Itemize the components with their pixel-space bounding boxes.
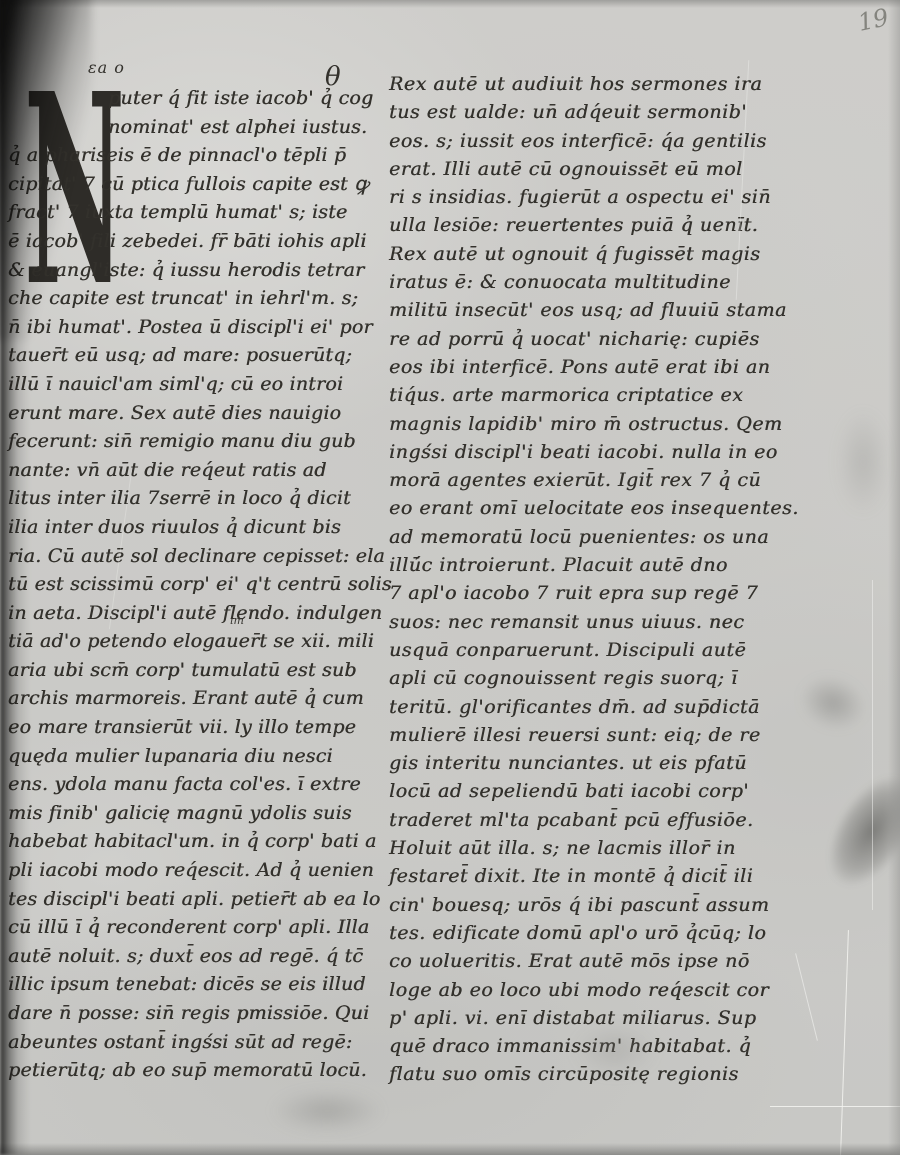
text-line: mulierē illesi reuersi sunt: eiq; de re: [389, 721, 849, 749]
right-text-column: Rex autē ut audiuit hos sermones iratus …: [389, 70, 849, 1089]
text-line: locū ad sepeliendū bati iacobi corp': [389, 777, 849, 805]
page-bottom-edge: [0, 1143, 900, 1155]
text-line: gis interitu nunciantes. ut eis pfatū: [389, 749, 849, 777]
text-line: militū insecūt' eos usq; ad fluuiū stama: [389, 296, 849, 324]
text-line: co uolueritis. Erat autē mōs ipse nō: [389, 947, 849, 975]
interlinear-annotation: ɛa o: [88, 58, 125, 77]
text-line: traderet ml'ta pcabant̄ pcū effusiōe.: [389, 806, 849, 834]
text-line: Rex autē ut ognouit q́ fugissēt magis: [389, 240, 849, 268]
page-right-edge: [888, 0, 900, 1155]
text-line: festaret̄ dixit. Ite in montē q̉ dicit̄ …: [389, 862, 849, 890]
text-line: iratus ē: & conuocata multitudine: [389, 268, 849, 296]
text-line: suos: nec remansit unus uiuus. nec: [389, 608, 849, 636]
manuscript-page: 19 N ɛa o θ im puter q́ fit iste iacob' …: [0, 0, 900, 1155]
text-line: eo erant omī uelocitate eos insequentes.: [389, 494, 849, 522]
text-line: nominat' est alphei iustus.: [108, 113, 386, 142]
dark-left-edge: [0, 0, 70, 1155]
text-line: magnis lapidib' miro m̄ ostructus. Qem: [389, 410, 849, 438]
bottom-stain: [252, 1082, 402, 1140]
text-line: loge ab eo loco ubi modo req́escit cor: [389, 976, 849, 1004]
text-line: eos. s; iussit eos interficē: q́a gentil…: [389, 127, 849, 155]
crease-line: [872, 580, 873, 910]
text-line: tes. edificate domū apl'o urō q̉cūq; lo: [389, 919, 849, 947]
text-line: ad memoratū locū puenientes: os una: [389, 523, 849, 551]
text-line: 7 apl'o iacobo 7 ruit epra sup regē 7: [389, 579, 849, 607]
text-line: tiq́us. arte marmorica criptatice ex: [389, 381, 849, 409]
text-line: cin' bouesq; urōs q́ ibi pascunt̄ assum: [389, 891, 849, 919]
crease-line: [770, 1106, 900, 1107]
folio-number: 19: [855, 3, 891, 37]
page-top-edge: [0, 0, 900, 8]
text-line: ri s insidias. fugierūt a ospectu ei' si…: [389, 183, 849, 211]
text-line: puter q́ fit iste iacob' q̉ cog: [108, 84, 386, 113]
text-line: Rex autē ut audiuit hos sermones ira: [389, 70, 849, 98]
text-line: morā agentes exierūt. Igit̄ rex 7 q̉ cū: [389, 466, 849, 494]
text-line: apli cū cognouissent regis suorq; ī: [389, 664, 849, 692]
bottom-stain-2: [560, 1015, 670, 1085]
text-line: Holuit aūt illa. s; ne lacmis illor̄ in: [389, 834, 849, 862]
text-line: re ad porrū q̉ uocat' nicharię: cupiēs: [389, 325, 849, 353]
text-line: ingśsi discipl'i beati iacobi. nulla in …: [389, 438, 849, 466]
text-line: usquā conparuerunt. Discipuli autē: [389, 636, 849, 664]
text-line: ulla lesiōe: reuertentes puiā q̉ uenīt.: [389, 211, 849, 239]
text-line: erat. Illi autē cū ognouissēt eū mol: [389, 155, 849, 183]
text-line: illū́c introierunt. Placuit autē dno: [389, 551, 849, 579]
text-line: eos ibi interficē. Pons autē erat ibi an: [389, 353, 849, 381]
text-line: tus est ualde: un̄ adq́euit sermonib': [389, 98, 849, 126]
